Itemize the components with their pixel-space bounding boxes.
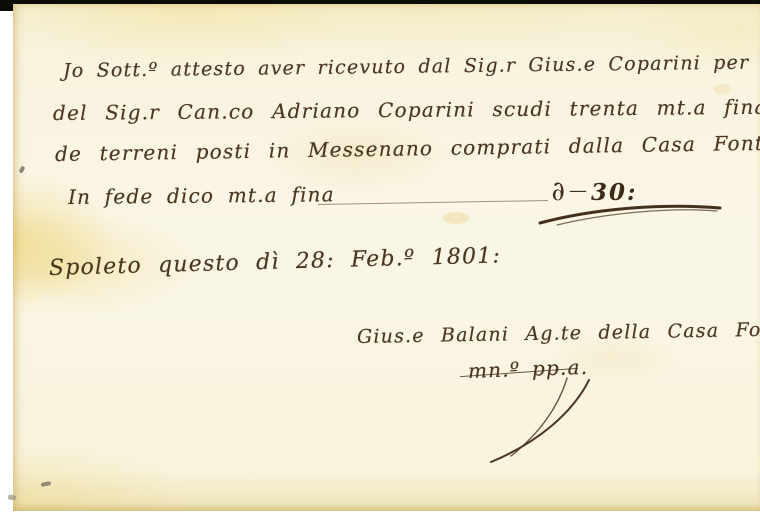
body-line-1: Jo Sott.º attesto aver ricevuto dal Sig.… (63, 50, 760, 82)
ink-fill-rule (318, 200, 548, 205)
body-line-3: de terreni posti in Messenano comprati d… (55, 130, 760, 166)
body-line-2: del Sig.r Can.co Adriano Coparini scudi … (53, 94, 760, 125)
paper-stain-blot (443, 212, 469, 224)
amount-underline-flourish (537, 199, 727, 227)
amount-dash: — (569, 180, 587, 201)
paper-speck (8, 494, 17, 500)
signature-pen-flourish (481, 378, 611, 468)
body-line-4: In fede dico mt.a fina (68, 182, 335, 209)
manuscript-paper: Jo Sott.º attesto aver ricevuto dal Sig.… (13, 4, 760, 511)
scanned-document: Jo Sott.º attesto aver ricevuto dal Sig.… (0, 0, 760, 519)
paper-stain-blot (713, 84, 731, 94)
dateline: Spoleto questo dì 28: Feb.º 1801: (49, 243, 502, 281)
signature-line-1: Gius.e Balani Ag.te della Casa Fontana (357, 318, 760, 348)
